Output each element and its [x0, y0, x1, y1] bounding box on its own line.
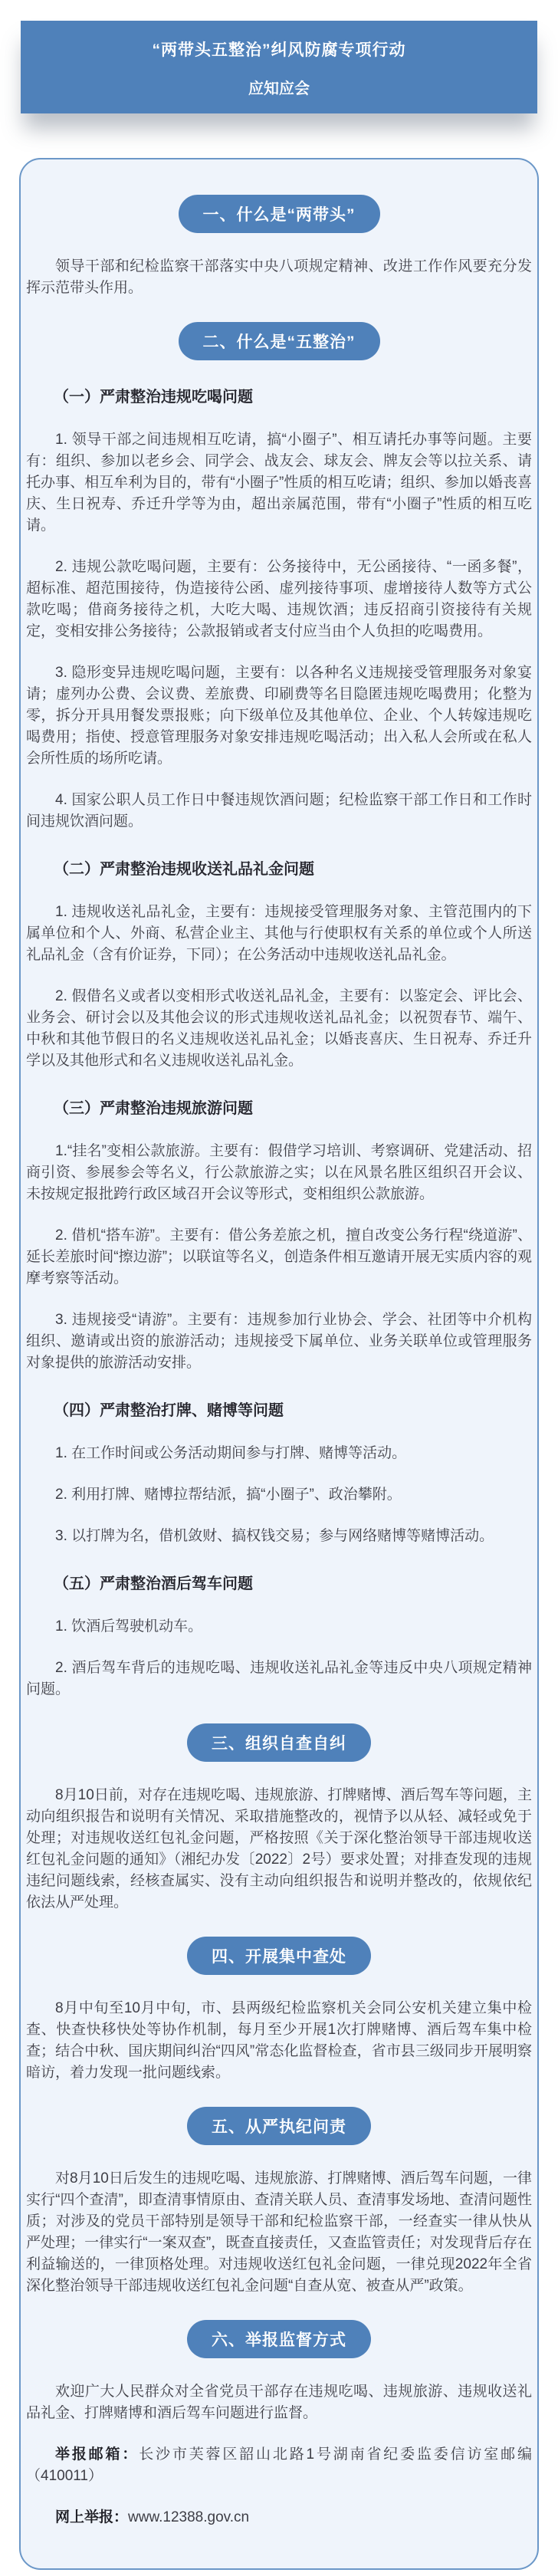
section-4-paragraph: 8月中旬至10月中旬，市、县两级纪检监察机关会同公安机关建立集中检查、快查快移快… — [26, 1998, 532, 2084]
numbered-paragraph: 4. 国家公职人员工作日中餐违规饮酒问题；纪检监察干部工作日和工作时间违规饮酒问… — [26, 790, 532, 833]
numbered-paragraph: 3. 以打牌为名，借机敛财、搞权钱交易；参与网络赌博等赌博活动。 — [26, 1526, 532, 1547]
subsection-heading-4: （四）严肃整治打牌、赌博等问题 — [26, 1400, 532, 1421]
online-report-label: 网上举报： — [55, 2509, 128, 2525]
numbered-paragraph: 1.“挂名”变相公款旅游。主要有：假借学习培训、考察调研、党建活动、招商引资、参… — [26, 1141, 532, 1205]
section-6-pill: 六、举报监督方式 — [187, 2320, 371, 2358]
numbered-paragraph: 2. 违规公款吃喝问题，主要有：公务接待中，无公函接待、“一函多餐”，超标准、超… — [26, 557, 532, 642]
numbered-paragraph: 1. 违规收送礼品礼金，主要有：违规接受管理服务对象、主管范围内的下属单位和个人… — [26, 902, 532, 966]
section-1-pill-row: 一、什么是“两带头” — [26, 195, 532, 233]
report-mail-label: 举报邮箱： — [55, 2446, 139, 2463]
section-3-paragraph: 8月10日前，对存在违规吃喝、违规旅游、打牌赌博、酒后驾车等问题，主动向组织报告… — [26, 1785, 532, 1914]
section-3-pill: 三、组织自查自纠 — [187, 1723, 371, 1762]
subsection-heading-2: （二）严肃整治违规收送礼品礼金问题 — [26, 859, 532, 880]
numbered-paragraph: 3. 违规接受“请游”。主要有：违规参加行业协会、学会、社团等中介机构组织、邀请… — [26, 1309, 532, 1374]
section-5-pill: 五、从严执纪问责 — [187, 2107, 371, 2145]
numbered-paragraph: 1. 在工作时间或公务活动期间参与打牌、赌博等活动。 — [26, 1443, 532, 1464]
numbered-paragraph: 1. 领导干部之间违规相互吃请，搞“小圈子”、相互请托办事等问题。主要有：组织、… — [26, 429, 532, 537]
section-1-pill: 一、什么是“两带头” — [179, 195, 380, 233]
numbered-paragraph: 3. 隐形变异违规吃喝问题，主要有：以各种名义违规接受管理服务对象宴请；虚列办公… — [26, 662, 532, 770]
section-5-paragraph: 对8月10日后发生的违规吃喝、违规旅游、打牌赌博、酒后驾车问题，一律实行“四个查… — [26, 2168, 532, 2297]
subsection-heading-1: （一）严肃整治违规吃喝问题 — [26, 386, 532, 408]
numbered-paragraph: 2. 利用打牌、赌博拉帮结派，搞“小圈子”、政治攀附。 — [26, 1484, 532, 1506]
numbered-paragraph: 2. 假借名义或者以变相形式收送礼品礼金，主要有：以鉴定会、评比会、业务会、研讨… — [26, 986, 532, 1072]
report-mail-line: 举报邮箱：长沙市芙蓉区韶山北路1号湖南省纪委监委信访室邮编（410011） — [26, 2444, 532, 2487]
section-6-pill-row: 六、举报监督方式 — [26, 2320, 532, 2358]
section-2-pill-row: 二、什么是“五整治” — [26, 322, 532, 360]
subsection-heading-5: （五）严肃整治酒后驾车问题 — [26, 1573, 532, 1595]
banner-title-line1: “两带头五整治”纠风防腐专项行动 — [21, 38, 537, 61]
section-4-pill-row: 四、开展集中查处 — [26, 1937, 532, 1975]
banner-title-line2: 应知应会 — [21, 76, 537, 98]
numbered-paragraph: 2. 借机“搭车游”。主要有：借公务差旅之机，擅自改变公务行程“绕道游”、延长差… — [26, 1225, 532, 1290]
section-5-pill-row: 五、从严执纪问责 — [26, 2107, 532, 2145]
numbered-paragraph: 2. 酒后驾车背后的违规吃喝、违规收送礼品礼金等违反中央八项规定精神问题。 — [26, 1658, 532, 1700]
online-report-value: www.12388.gov.cn — [128, 2509, 249, 2525]
page-banner: “两带头五整治”纠风防腐专项行动 应知应会 — [21, 21, 537, 113]
numbered-paragraph: 1. 饮酒后驾驶机动车。 — [26, 1616, 532, 1638]
section-3-pill-row: 三、组织自查自纠 — [26, 1723, 532, 1762]
section-4-pill: 四、开展集中查处 — [187, 1937, 371, 1975]
subsection-heading-3: （三）严肃整治违规旅游问题 — [26, 1098, 532, 1119]
intro-paragraph: 领导干部和纪检监察干部落实中央八项规定精神、改进工作作风要充分发挥示范带头作用。 — [26, 256, 532, 299]
section-6-paragraph: 欢迎广大人民群众对全省党员干部存在违规吃喝、违规旅游、违规收送礼品礼金、打牌赌博… — [26, 2381, 532, 2424]
content-card: 一、什么是“两带头” 领导干部和纪检监察干部落实中央八项规定精神、改进工作作风要… — [19, 158, 539, 2570]
section-2-pill: 二、什么是“五整治” — [179, 322, 380, 360]
online-report-line: 网上举报：www.12388.gov.cn — [26, 2507, 532, 2528]
